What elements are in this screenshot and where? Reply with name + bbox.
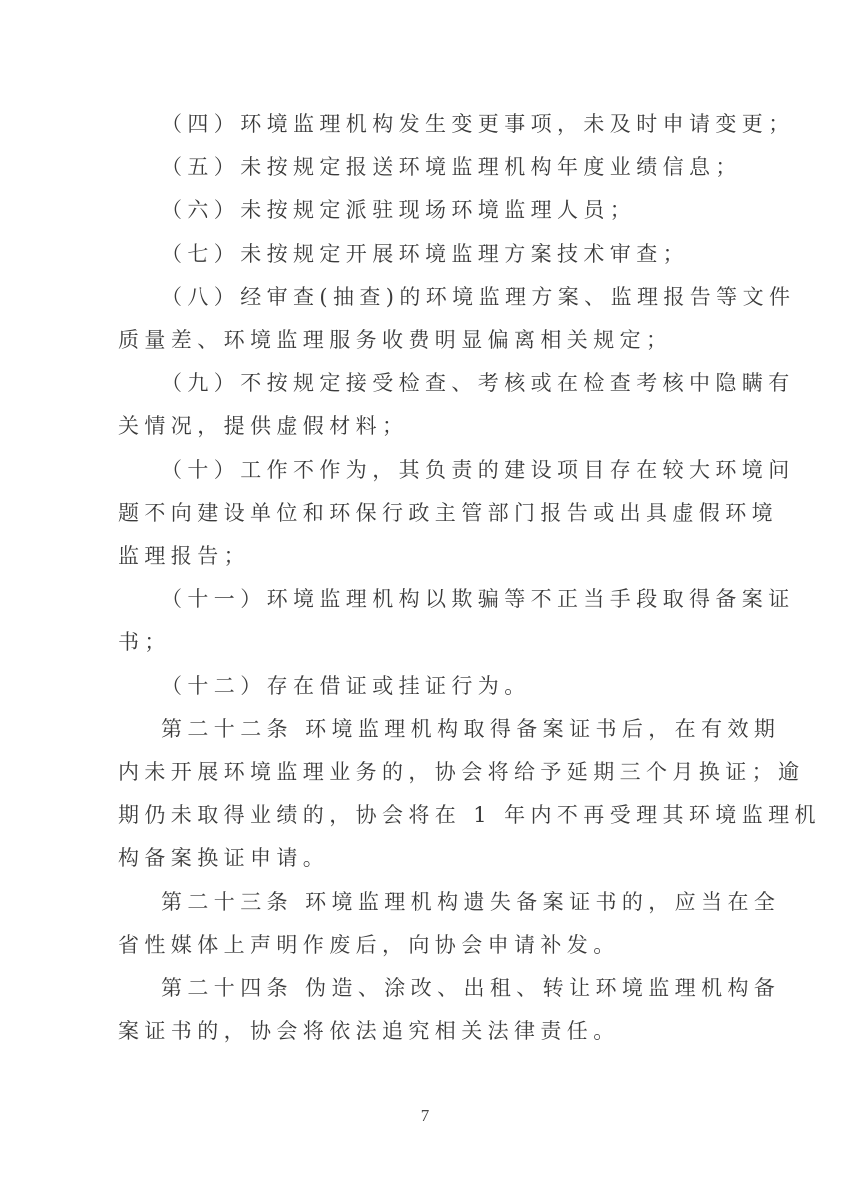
text-line: 监理报告； [118, 535, 714, 578]
text-line: （九）不按规定接受检查、考核或在检查考核中隐瞒有 [118, 362, 714, 405]
text-line: 期仍未取得业绩的，协会将在 1 年内不再受理其环境监理机 [118, 794, 714, 837]
text-line: （四）环境监理机构发生变更事项，未及时申请变更； [161, 103, 714, 146]
text-line: 省性媒体上声明作废后，向协会申请补发。 [118, 924, 714, 967]
text-line: 构备案换证申请。 [118, 837, 714, 880]
article-22: 第二十二条 环境监理机构取得备案证书后，在有效期 内未开展环境监理业务的，协会将… [118, 708, 714, 881]
clause-item-6: （六）未按规定派驻现场环境监理人员； [118, 189, 714, 232]
text-line: （十）工作不作为，其负责的建设项目存在较大环境问 [118, 449, 714, 492]
text-line: （十一）环境监理机构以欺骗等不正当手段取得备案证 [118, 578, 714, 621]
text-line: （八）经审查(抽查)的环境监理方案、监理报告等文件 [118, 276, 714, 319]
text-line: 书； [118, 621, 714, 664]
text-line: 第二十四条 伪造、涂改、出租、转让环境监理机构备 [118, 967, 714, 1010]
clause-item-9: （九）不按规定接受检查、考核或在检查考核中隐瞒有 关情况，提供虚假材料； [118, 362, 714, 448]
clause-item-11: （十一）环境监理机构以欺骗等不正当手段取得备案证 书； [118, 578, 714, 664]
text-line: 第二十三条 环境监理机构遗失备案证书的，应当在全 [118, 881, 714, 924]
article-24: 第二十四条 伪造、涂改、出租、转让环境监理机构备 案证书的，协会将依法追究相关法… [118, 967, 714, 1053]
page-number: 7 [0, 1106, 850, 1126]
clause-item-8: （八）经审查(抽查)的环境监理方案、监理报告等文件 质量差、环境监理服务收费明显… [118, 276, 714, 362]
document-page: （四）环境监理机构发生变更事项，未及时申请变更； （五）未按规定报送环境监理机构… [118, 103, 714, 1053]
clause-item-5: （五）未按规定报送环境监理机构年度业绩信息； [118, 146, 714, 189]
clause-item-7: （七）未按规定开展环境监理方案技术审查； [118, 233, 714, 276]
clause-item-12: （十二）存在借证或挂证行为。 [118, 665, 714, 708]
clause-item-10: （十）工作不作为，其负责的建设项目存在较大环境问 题不向建设单位和环保行政主管部… [118, 449, 714, 579]
text-line: 第二十二条 环境监理机构取得备案证书后，在有效期 [118, 708, 714, 751]
text-line: 质量差、环境监理服务收费明显偏离相关规定； [118, 319, 714, 362]
text-line: 案证书的，协会将依法追究相关法律责任。 [118, 1010, 714, 1053]
text-line: （五）未按规定报送环境监理机构年度业绩信息； [161, 146, 714, 189]
text-line: （六）未按规定派驻现场环境监理人员； [161, 189, 714, 232]
text-line: （十二）存在借证或挂证行为。 [161, 665, 714, 708]
article-23: 第二十三条 环境监理机构遗失备案证书的，应当在全 省性媒体上声明作废后，向协会申… [118, 881, 714, 967]
text-line: 关情况，提供虚假材料； [118, 405, 714, 448]
text-line: 内未开展环境监理业务的，协会将给予延期三个月换证；逾 [118, 751, 714, 794]
text-line: （七）未按规定开展环境监理方案技术审查； [161, 233, 714, 276]
text-line: 题不向建设单位和环保行政主管部门报告或出具虚假环境 [118, 492, 714, 535]
clause-item-4: （四）环境监理机构发生变更事项，未及时申请变更； [118, 103, 714, 146]
